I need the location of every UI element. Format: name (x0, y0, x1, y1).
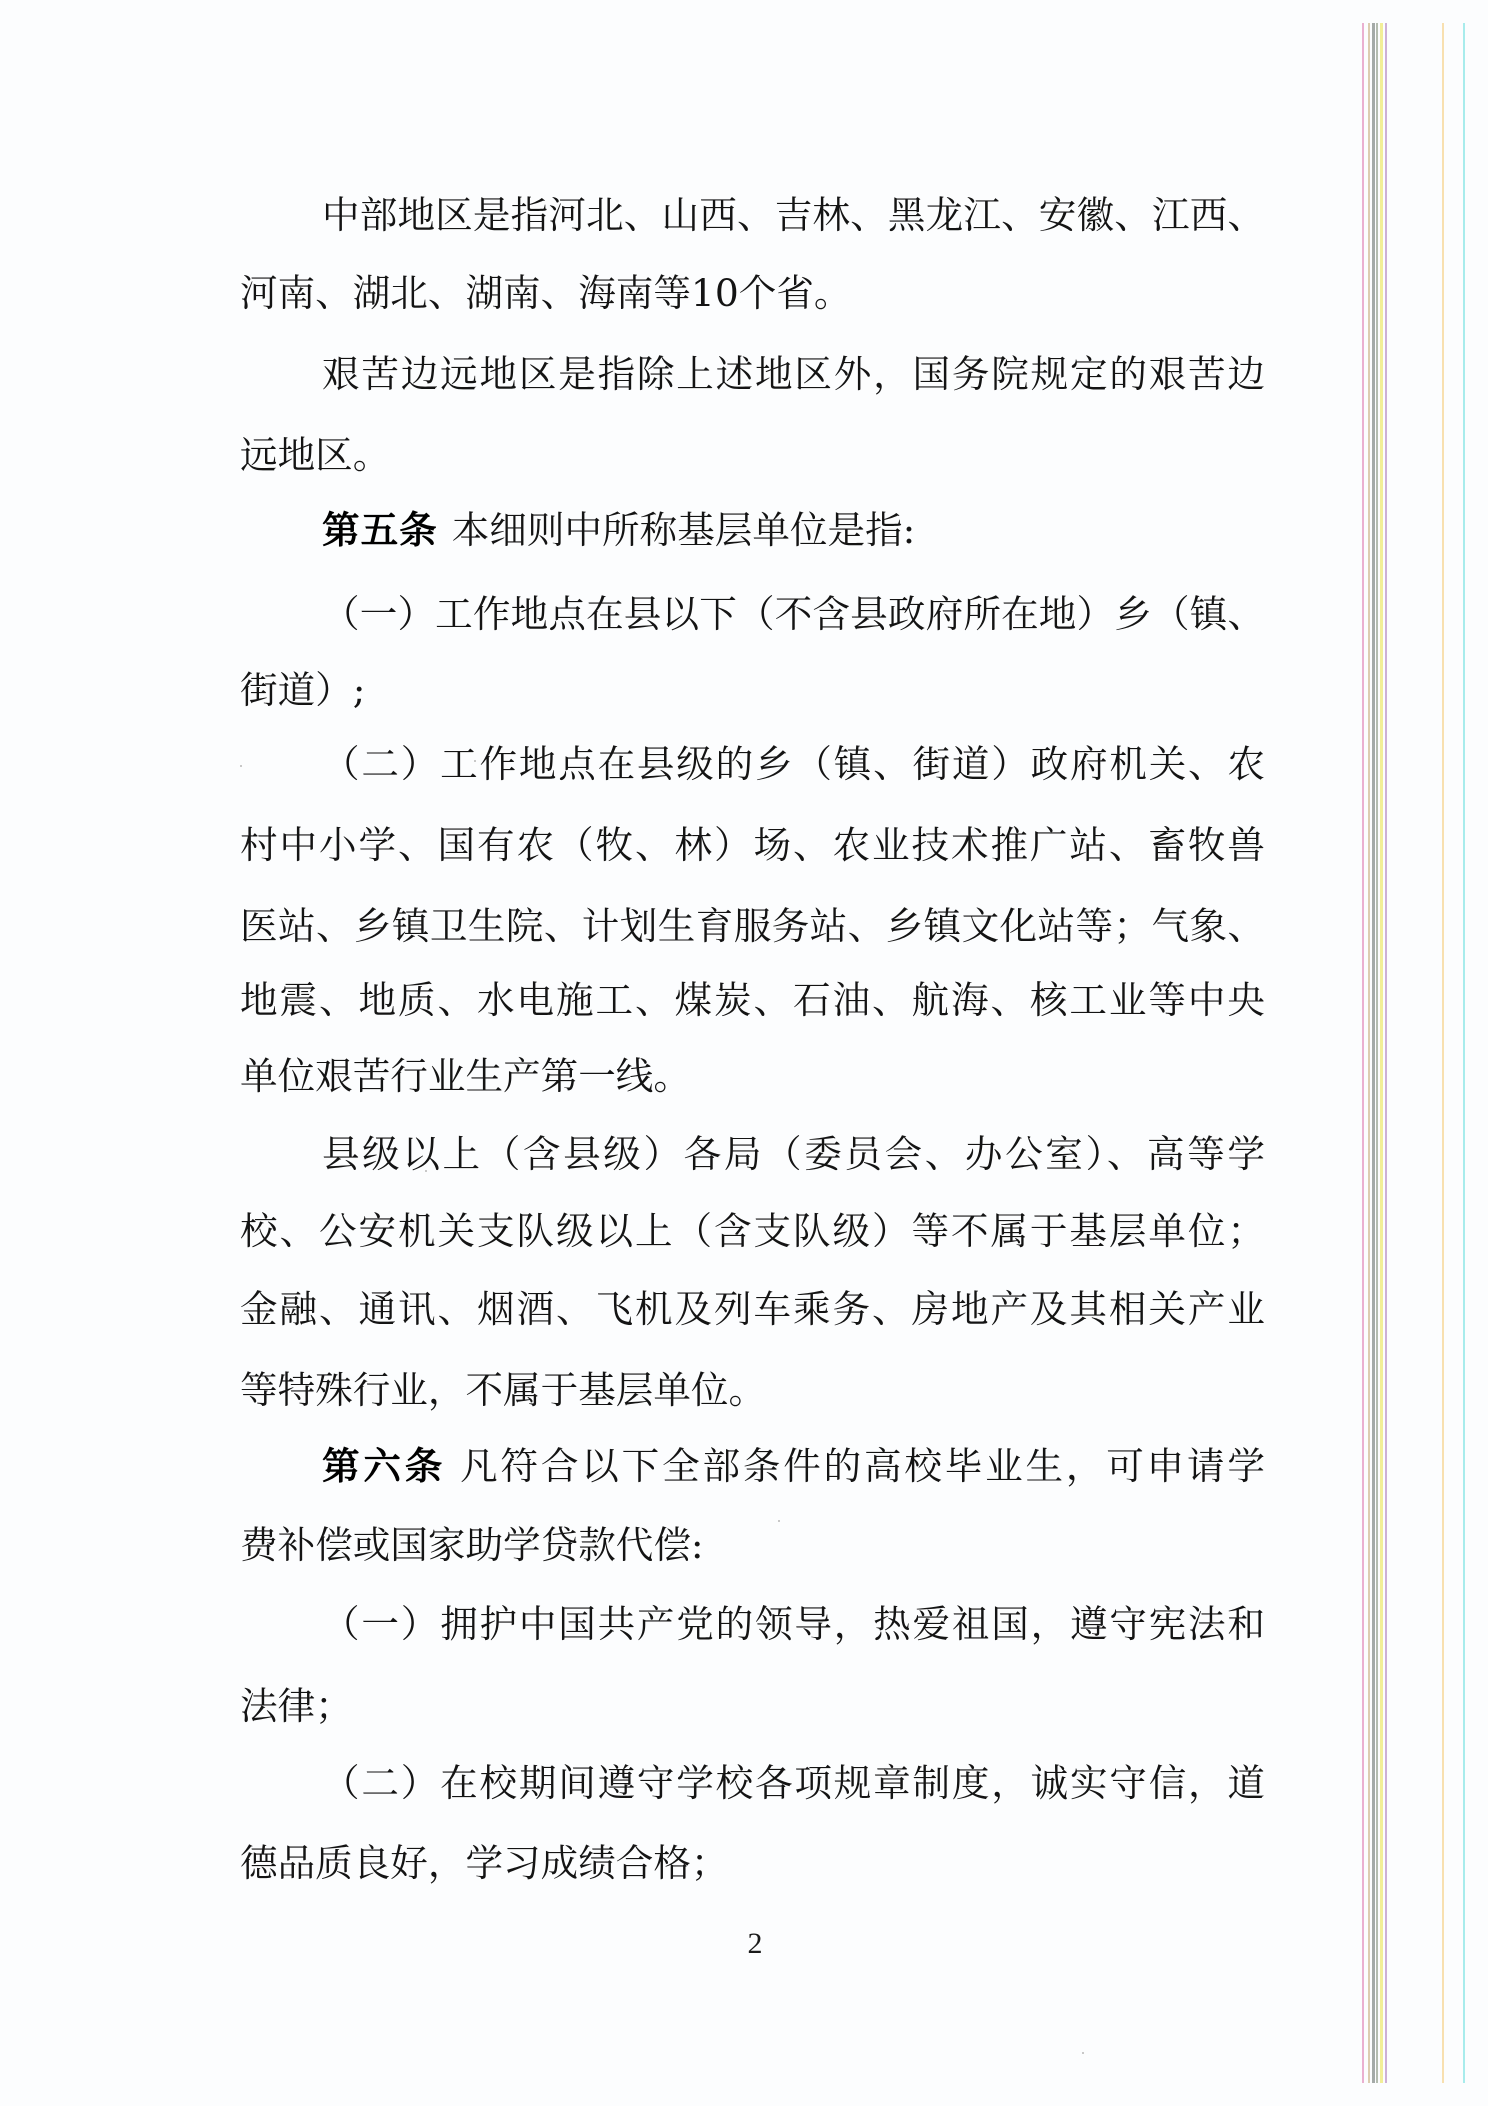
article-heading: 第五条 (322, 508, 438, 552)
paragraph-line: 金融、通讯、烟酒、飞机及列车乘务、房地产及其相关产业 (240, 1285, 1265, 1333)
article-6-line: 第六条凡符合以下全部条件的高校毕业生，可申请学 (322, 1442, 1265, 1490)
article-text: 凡符合以下全部条件的高校毕业生，可申请学 (460, 1444, 1265, 1488)
scan-line (1442, 23, 1444, 2083)
paragraph-line: 河南、湖北、湖南、海南等10个省。 (240, 269, 852, 317)
paragraph-line: （一）工作地点在县以下（不含县政府所在地）乡（镇、 (322, 590, 1265, 638)
page-number: 2 (740, 1924, 770, 1964)
paragraph-line: 地震、地质、水电施工、煤炭、石油、航海、核工业等中央 (240, 976, 1265, 1024)
paragraph-line: （一）拥护中国共产党的领导，热爱祖国，遵守宪法和 (322, 1600, 1265, 1648)
scan-speck (240, 765, 242, 767)
article-heading: 第六条 (322, 1444, 446, 1488)
paragraph-line: 费补偿或国家助学贷款代偿: (240, 1521, 704, 1569)
paragraph-line: 校、公安机关支队级以上（含支队级）等不属于基层单位； (240, 1207, 1265, 1255)
paragraph-line: 法律； (240, 1682, 353, 1730)
article-text: 本细则中所称基层单位是指: (452, 508, 916, 552)
paragraph-line: 单位艰苦行业生产第一线。 (240, 1052, 691, 1100)
paragraph-line: 县级以上（含县级）各局（委员会、办公室）、高等学 (322, 1130, 1265, 1178)
scan-line (1362, 23, 1364, 2083)
scan-line (1372, 23, 1375, 2083)
paragraph-line: 中部地区是指河北、山西、吉林、黑龙江、安徽、江西、 (322, 191, 1265, 239)
scan-line (1380, 23, 1383, 2083)
article-5-line: 第五条本细则中所称基层单位是指: (322, 506, 915, 554)
scan-line (1385, 23, 1387, 2083)
paragraph-line: 村中小学、国有农（牧、林）场、农业技术推广站、畜牧兽 (240, 821, 1265, 869)
paragraph-line: 德品质良好，学习成绩合格； (240, 1839, 729, 1887)
paragraph-line: 医站、乡镇卫生院、计划生育服务站、乡镇文化站等；气象、 (240, 902, 1265, 950)
paragraph-line: 远地区。 (240, 431, 390, 479)
scan-line (1463, 23, 1465, 2083)
scan-line (1376, 23, 1378, 2083)
paragraph-line: （二）工作地点在县级的乡（镇、街道）政府机关、农 (322, 740, 1265, 788)
scan-line (1368, 23, 1370, 2083)
document-page: 中部地区是指河北、山西、吉林、黑龙江、安徽、江西、 河南、湖北、湖南、海南等10… (0, 0, 1488, 2106)
scan-speck (778, 1520, 780, 1522)
paragraph-line: 街道）; (240, 666, 365, 714)
scan-speck (1082, 2052, 1084, 2054)
paragraph-line: （二）在校期间遵守学校各项规章制度，诚实守信，道 (322, 1759, 1265, 1807)
paragraph-line: 等特殊行业，不属于基层单位。 (240, 1366, 766, 1414)
paragraph-line: 艰苦边远地区是指除上述地区外，国务院规定的艰苦边 (322, 350, 1265, 398)
